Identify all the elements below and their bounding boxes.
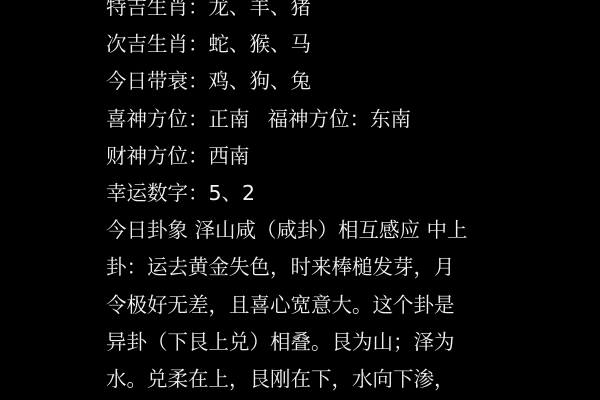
- horoscope-page: 特吉生肖：龙、羊、猪 次吉生肖：蛇、猴、马 今日带衰：鸡、狗、兔 喜神方位：正南…: [0, 0, 600, 400]
- joy-god-direction: 喜神方位：正南: [106, 107, 250, 131]
- special-lucky-zodiac-line: 特吉生肖：龙、羊、猪: [106, 0, 501, 26]
- hexagram-line-3: 令极好无差，且喜心宽意大。这个卦是: [106, 287, 501, 324]
- hexagram-line-1: 今日卦象 泽山咸（咸卦）相互感应 中上: [106, 212, 501, 249]
- secondary-lucky-zodiac-line: 次吉生肖：蛇、猴、马: [106, 26, 501, 63]
- lucky-numbers-line: 幸运数字：5、2: [106, 175, 501, 212]
- hexagram-line-2: 卦：运去黄金失色，时来棒槌发芽，月: [106, 249, 501, 286]
- hexagram-line-4: 异卦（下艮上兑）相叠。艮为山；泽为: [106, 324, 501, 361]
- fortune-god-direction: 福神方位：东南: [268, 107, 412, 131]
- hexagram-line-5: 水。兑柔在上，艮刚在下，水向下渗，: [106, 361, 501, 398]
- direction-line: 喜神方位：正南福神方位：东南: [106, 101, 501, 138]
- wealth-god-direction-line: 财神方位：西南: [106, 138, 501, 175]
- horoscope-text-block: 特吉生肖：龙、羊、猪 次吉生肖：蛇、猴、马 今日带衰：鸡、狗、兔 喜神方位：正南…: [106, 0, 501, 398]
- unlucky-zodiac-line: 今日带衰：鸡、狗、兔: [106, 63, 501, 100]
